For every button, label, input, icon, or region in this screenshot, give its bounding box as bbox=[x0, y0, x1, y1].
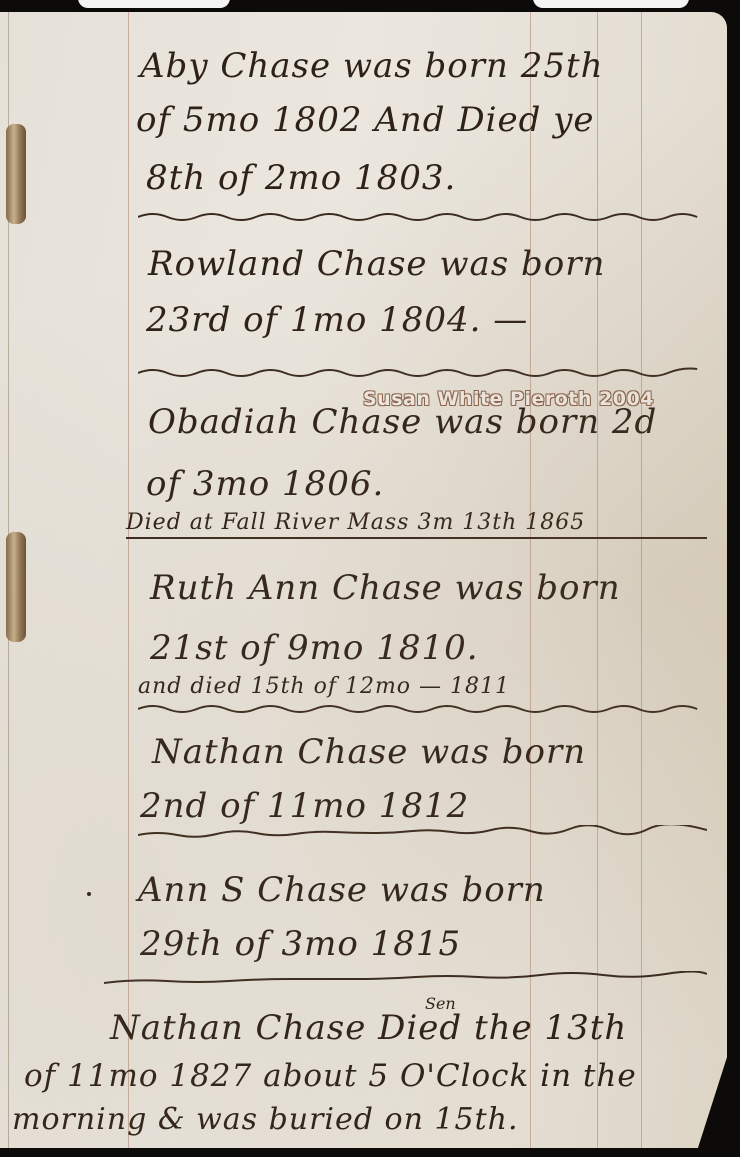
entry-line: 2nd of 11mo 1812 bbox=[140, 786, 707, 826]
entry-line: 8th of 2mo 1803. bbox=[146, 158, 707, 198]
entry-line: of 5mo 1802 And Died ye bbox=[136, 100, 707, 140]
wavy-divider bbox=[138, 700, 707, 714]
entry-line: 21st of 9mo 1810. bbox=[150, 628, 707, 668]
binding-thread-icon bbox=[6, 532, 26, 642]
ink-dot bbox=[87, 892, 91, 896]
entry-line: 23rd of 1mo 1804. — bbox=[146, 300, 707, 340]
top-tab-left bbox=[78, 0, 230, 8]
entry-line-death-note: and died 15th of 12mo — 1811 bbox=[138, 674, 707, 699]
entry-line: Aby Chase was born 25th bbox=[140, 46, 707, 86]
underline-divider bbox=[126, 537, 707, 539]
wavy-divider bbox=[138, 824, 707, 838]
entry-line: of 11mo 1827 about 5 O'Clock in the bbox=[24, 1058, 707, 1094]
manuscript-page: Aby Chase was born 25th of 5mo 1802 And … bbox=[0, 12, 727, 1148]
entry-line: Ruth Ann Chase was born bbox=[150, 568, 707, 608]
entry-line: Ann S Chase was born bbox=[138, 870, 707, 910]
binding-thread-icon bbox=[6, 124, 26, 224]
entry-line: Nathan Chase was born bbox=[152, 732, 707, 772]
entry-line: Obadiah Chase was born 2d bbox=[148, 402, 707, 442]
entry-line: Nathan Chase Died the 13th bbox=[110, 1008, 707, 1048]
entry-line: Rowland Chase was born bbox=[148, 244, 707, 284]
wavy-divider bbox=[104, 970, 707, 984]
top-tab-right bbox=[533, 0, 689, 8]
entry-line: 29th of 3mo 1815 bbox=[140, 924, 707, 964]
entry-line-death-note: Died at Fall River Mass 3m 13th 1865 bbox=[126, 510, 707, 535]
entry-line: of 3mo 1806. bbox=[146, 464, 707, 504]
wavy-divider bbox=[138, 364, 707, 378]
entry-line: morning & was buried on 15th. bbox=[12, 1102, 707, 1137]
wavy-divider bbox=[138, 208, 707, 222]
